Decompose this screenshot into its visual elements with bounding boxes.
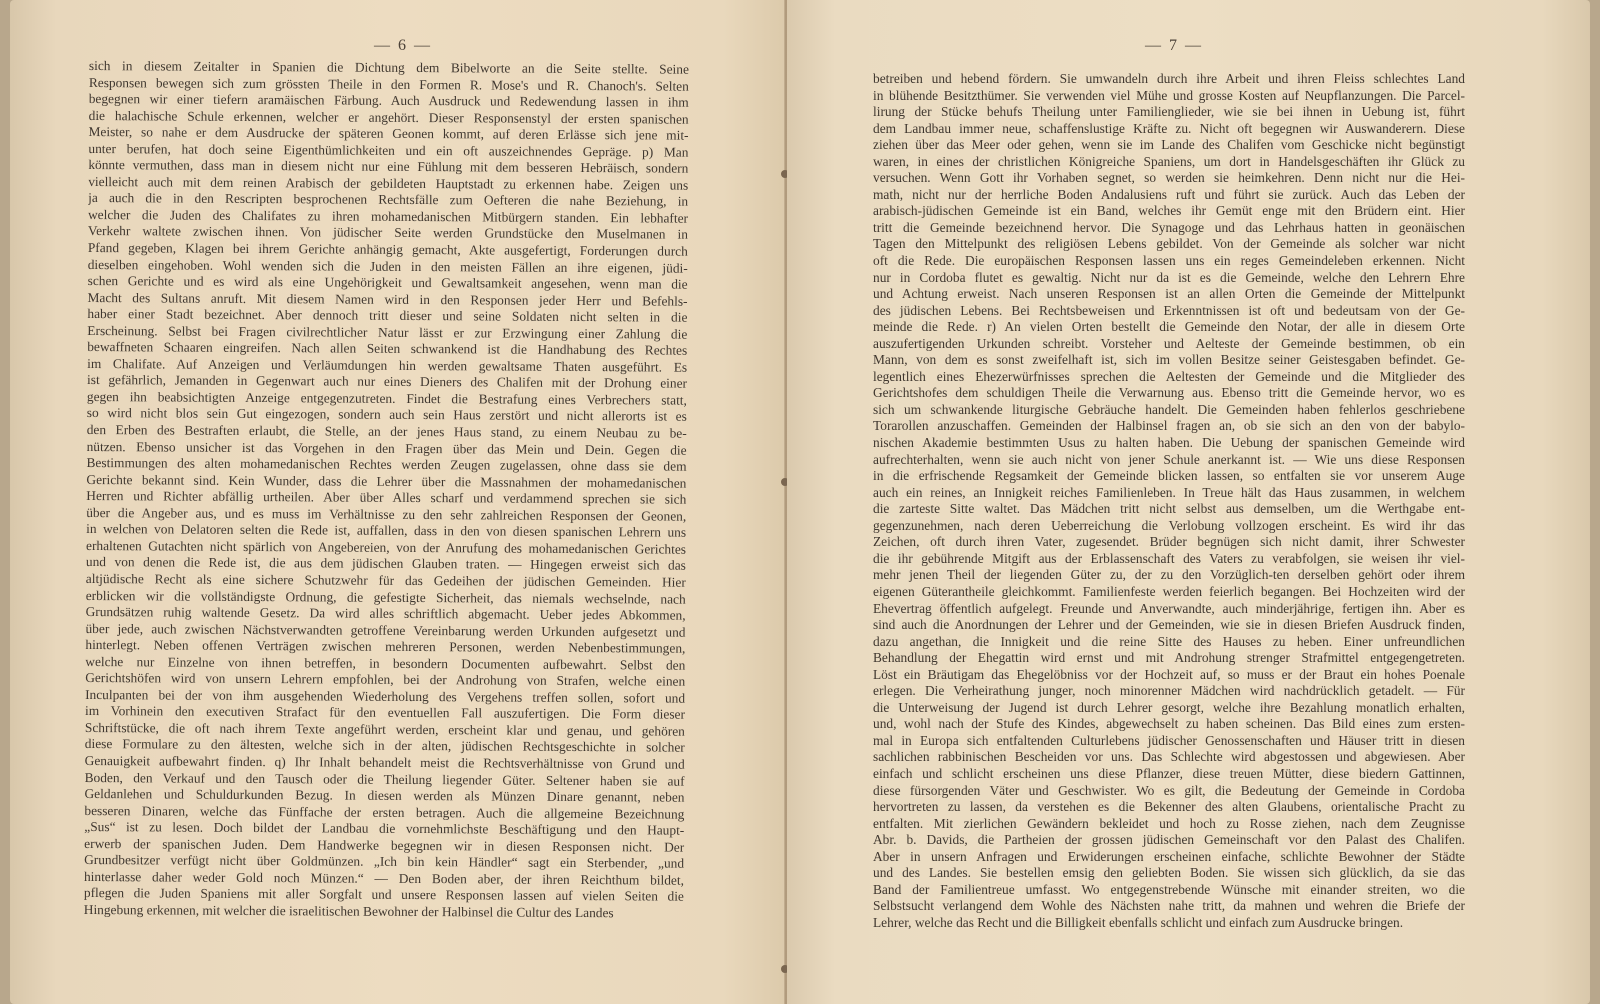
text-line: arabisch-jüdischen Gemeinde ist ein Band… [873,203,1465,220]
text-line: in blühende Besitzthümer. Sie verwenden … [873,88,1465,105]
text-line: dazu angethan, die Innigkeit und die rei… [873,634,1465,651]
text-line: einfach und schlicht erscheinen uns dies… [873,766,1465,783]
text-line: sind auch die Anordnungen der Lehrer und… [873,617,1465,634]
text-line: die zarteste Sitte waltet. Das Mädchen t… [873,501,1465,518]
text-line: Torarollen anzuschaffen. Gemeinden der H… [873,418,1465,435]
text-line: erlegen. Die Verheirathung junger, noch … [873,683,1465,700]
text-line: entfalten. Mit zierlichen Gewändern bekl… [873,816,1465,833]
text-line: auszufertigenden Urkunden schreibt. Vors… [873,336,1465,353]
text-line: aufrechterhalten, wenn sie auch nicht vo… [873,452,1465,469]
text-line: gegenzunehmen, nach deren Ueberreichung … [873,518,1465,535]
text-line: Tagen den Mittelpunkt des religiösen Leb… [873,236,1465,253]
left-page: — 6 — sich in diesem Zeitalter in Spanie… [10,0,785,1004]
text-line: legentlich eines Ehezerwürfnisses sprech… [873,369,1465,386]
text-line: nischen Akademie bestimmten Usus zu halt… [873,435,1465,452]
text-line: und, wohl nach der Stufe des Kindes, abg… [873,716,1465,733]
text-line: des jüdischen Lebens. Bei Rechtsbeweisen… [873,303,1465,320]
text-line: und Achtung erweist. Nach unseren Respon… [873,286,1465,303]
text-line: Zeichen, oft durch ihren Vater, zugesend… [873,534,1465,551]
text-line: in die erfrischende Regsamkeit der Gemei… [873,468,1465,485]
text-line: mehr jenen Theil der liegenden Güter zu,… [873,567,1465,584]
text-line: math, nicht nur der herrliche Boden Anda… [873,187,1465,204]
text-line: auch ein reines, an Innigkeit reiches Fa… [873,485,1465,502]
text-line: betreiben und hebend fördern. Sie umwand… [873,71,1465,88]
book-spread: — 6 — sich in diesem Zeitalter in Spanie… [0,0,1600,1004]
text-line: und des Landes. Sie bestellen emsig den … [873,865,1465,882]
text-line: die ihr gebührende Mitgift aus der Erbla… [873,551,1465,568]
text-line: lirung der Stücke behufs Theilung unter … [873,104,1465,121]
text-line: Löst ein Bräutigam das Ehegelöbniss vor … [873,667,1465,684]
text-line: meinde die Rede. r) An vielen Orten best… [873,319,1465,336]
page-number-right: — 7 — [1145,37,1203,55]
text-line: sich um schwankende liturgische Gebräuch… [873,402,1465,419]
text-line: Lehrer, welche das Recht und die Billigk… [873,915,1465,932]
text-line: Gerichtshofes dem schuldigen Theile die … [873,385,1465,402]
text-line: sachlichen rabbinischen Bescheiden vor u… [873,749,1465,766]
text-line: waren, in eines der christlichen Königre… [873,154,1465,171]
text-line: Behandlung der Ehegattin wird ernst und … [873,650,1465,667]
text-line: Ehevertrag öffentlich aufgelegt. Freunde… [873,601,1465,618]
text-line: Hingebung erkennen, mit welcher die isra… [84,902,684,922]
text-line: nur in Cordoba flutet es gewaltig. Nicht… [873,270,1465,287]
text-line: die Unterweisung der Jugend ist durch Le… [873,700,1465,717]
text-line: Band der Familientreue umfasst. Wo entge… [873,882,1465,899]
right-page: — 7 — betreiben und hebend fördern. Sie … [787,0,1590,1004]
text-line: tritt die Gemeinde bezeichnend hervor. D… [873,220,1465,237]
text-line: Selbstsucht verlangend dem Wohle des Näc… [873,898,1465,915]
text-line: dem Landbau immer neue, schaffenslustige… [873,121,1465,138]
text-line: hervortreten zu lassen, da verstehen es … [873,799,1465,816]
text-line: mal in Europa sich entfaltenden Culturle… [873,733,1465,750]
text-line: ziehen über das Meer oder gehen, wenn si… [873,137,1465,154]
right-page-body-text: betreiben und hebend fördern. Sie umwand… [873,71,1465,931]
text-line: diese fürsorgenden Väter und Geschwister… [873,783,1465,800]
page-number-left: — 6 — [374,37,432,55]
text-line: versuchen. Wenn Gott ihr Vorhaben segnet… [873,170,1465,187]
text-line: Abr. b. Davids, die Partheien der grosse… [873,832,1465,849]
text-line: Mann, von dem es sonst zweifelhaft ist, … [873,352,1465,369]
text-line: oft die Rede. Die europäischen Responsen… [873,253,1465,270]
left-page-body-text: sich in diesem Zeitalter in Spanien die … [84,58,689,922]
text-line: eigenen Güterantheile gleichkommt. Famil… [873,584,1465,601]
text-line: Aber in unsern Anfragen und Erwiderungen… [873,849,1465,866]
